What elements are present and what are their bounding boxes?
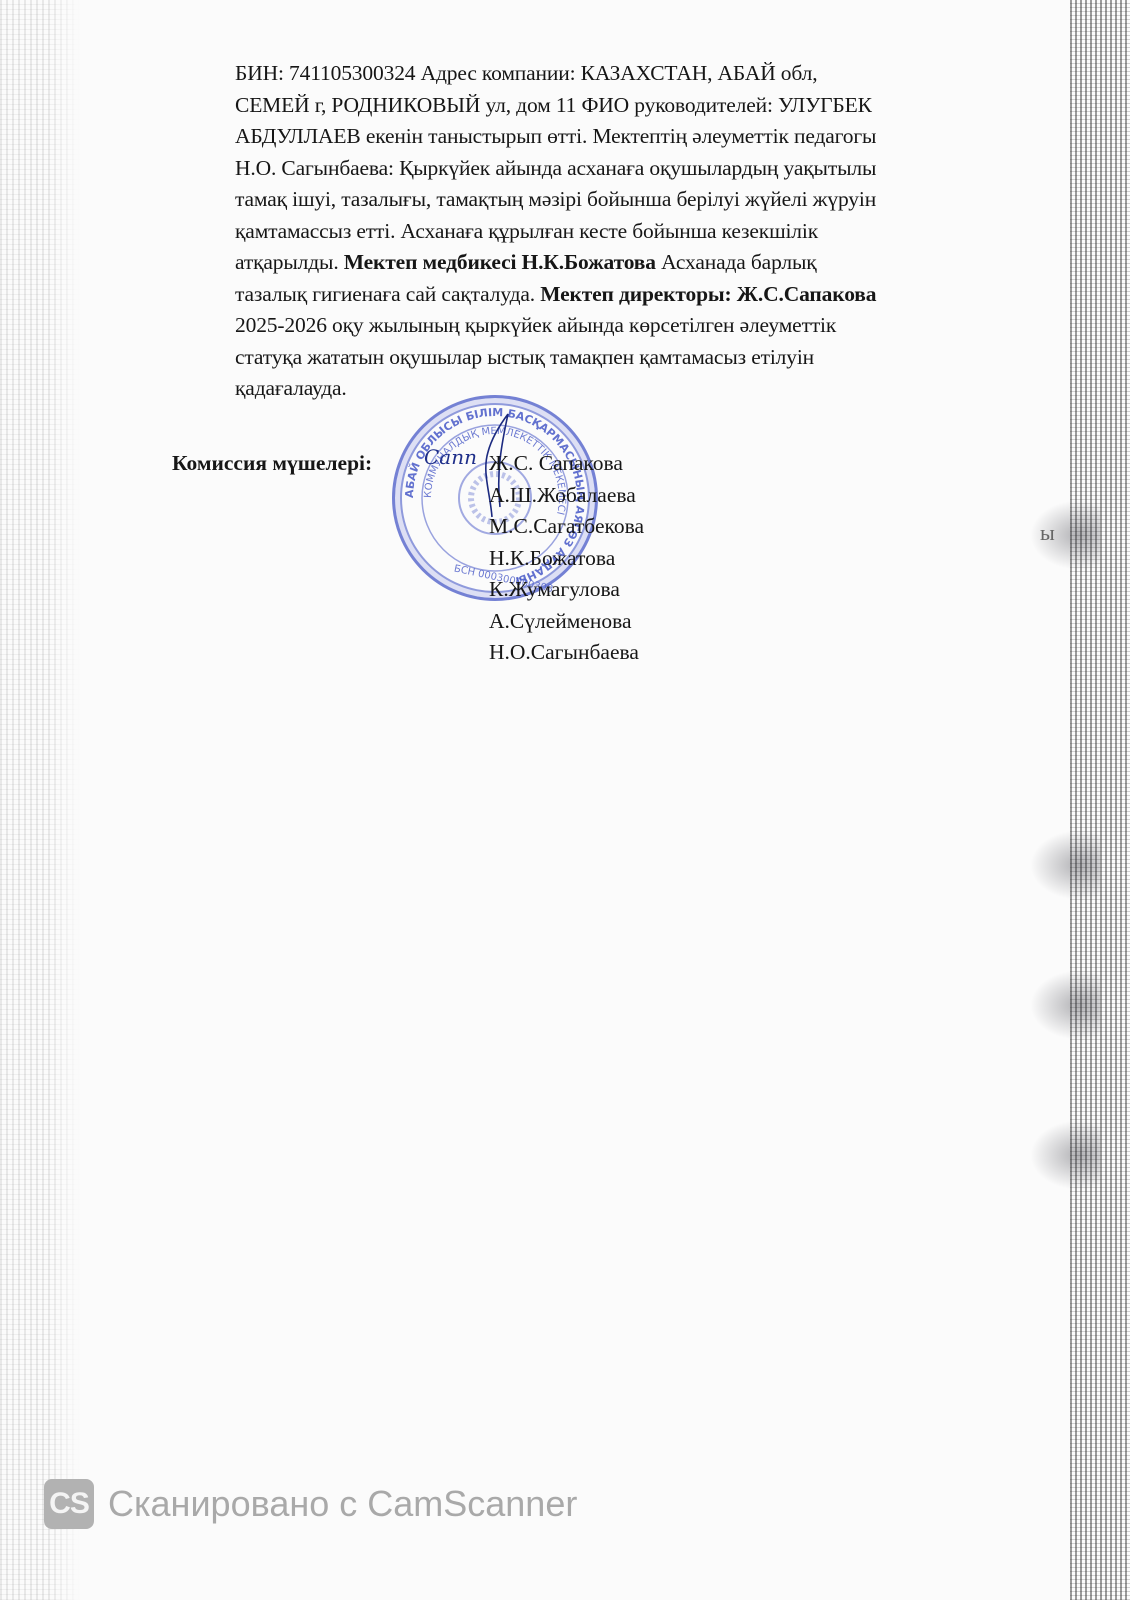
paragraph-line: атқарылды. Мектеп медбикесі Н.К.Божатова… [235, 247, 1065, 279]
bold-run: Мектеп медбикесі Н.К.Божатова [344, 250, 656, 274]
commission-member-list: Ж.С. Сапакова А.Ш.Жобалаева М.С.Сагатбек… [489, 448, 644, 669]
commission-member: Ж.С. Сапакова [489, 448, 644, 480]
scan-edge-right [1070, 0, 1130, 1600]
document-body-paragraph: БИН: 741105300324 Адрес компании: КАЗАХС… [235, 58, 1065, 405]
commission-member: А.Сүлейменова [489, 606, 644, 638]
paragraph-line: тамақ ішуі, тазалығы, тамақтың мәзірі бо… [235, 184, 1065, 216]
text-run: АБДУЛЛАЕВ екенін таныстырып өтті. Мектеп… [235, 124, 876, 148]
watermark-text: Сканировано с CamScanner [108, 1483, 577, 1525]
paragraph-line: 2025-2026 оқу жылының қыркүйек айында кө… [235, 310, 1065, 342]
text-run: БИН: 741105300324 Адрес компании: КАЗАХС… [235, 61, 817, 85]
paragraph-line: Н.О. Сагынбаева: Қыркүйек айында асханағ… [235, 153, 1065, 185]
paragraph-line: тазалық гигиенаға сай сақталуда. Мектеп … [235, 279, 1065, 311]
paragraph-line: статуқа жататын оқушылар ыстық тамақпен … [235, 342, 1065, 374]
text-run: Асханада барлық [656, 250, 817, 274]
paragraph-line: БИН: 741105300324 Адрес компании: КАЗАХС… [235, 58, 1065, 90]
text-run: тамақ ішуі, тазалығы, тамақтың мәзірі бо… [235, 187, 876, 211]
text-run: қамтамассыз етті. Асханаға құрылған кест… [235, 219, 818, 243]
bold-run: Мектеп директоры: Ж.С.Сапакова [540, 282, 876, 306]
scan-blot [1030, 970, 1100, 1040]
text-run: СЕМЕЙ г, РОДНИКОВЫЙ ул, дом 11 ФИО руков… [235, 93, 872, 117]
commission-member: Н.К.Божатова [489, 543, 644, 575]
edge-text-fragment: ы [1040, 520, 1055, 546]
commission-member: К.Жумагулова [489, 574, 644, 606]
paragraph-line: қамтамассыз етті. Асханаға құрылған кест… [235, 216, 1065, 248]
text-run: қадағалауда. [235, 376, 347, 400]
paragraph-line: АБДУЛЛАЕВ екенін таныстырып өтті. Мектеп… [235, 121, 1065, 153]
scan-edge-left [0, 0, 80, 1600]
paragraph-line: қадағалауда. [235, 373, 1065, 405]
commission-label: Комиссия мүшелері: [172, 448, 372, 480]
text-run: статуқа жататын оқушылар ыстық тамақпен … [235, 345, 814, 369]
camscanner-logo-icon: CS [44, 1479, 94, 1529]
scan-blot [1030, 1120, 1100, 1190]
text-run: тазалық гигиенаға сай сақталуда. [235, 282, 540, 306]
commission-member: А.Ш.Жобалаева [489, 480, 644, 512]
commission-member: М.С.Сагатбекова [489, 511, 644, 543]
camscanner-watermark: CS Сканировано с CamScanner [44, 1478, 577, 1530]
scan-blot [1030, 830, 1100, 900]
text-run: атқарылды. [235, 250, 344, 274]
paragraph-line: СЕМЕЙ г, РОДНИКОВЫЙ ул, дом 11 ФИО руков… [235, 90, 1065, 122]
text-run: 2025-2026 оқу жылының қыркүйек айында кө… [235, 313, 836, 337]
commission-member: Н.О.Сагынбаева [489, 637, 644, 669]
text-run: Н.О. Сагынбаева: Қыркүйек айында асханағ… [235, 156, 876, 180]
handwritten-signature: Сапп [424, 442, 477, 474]
